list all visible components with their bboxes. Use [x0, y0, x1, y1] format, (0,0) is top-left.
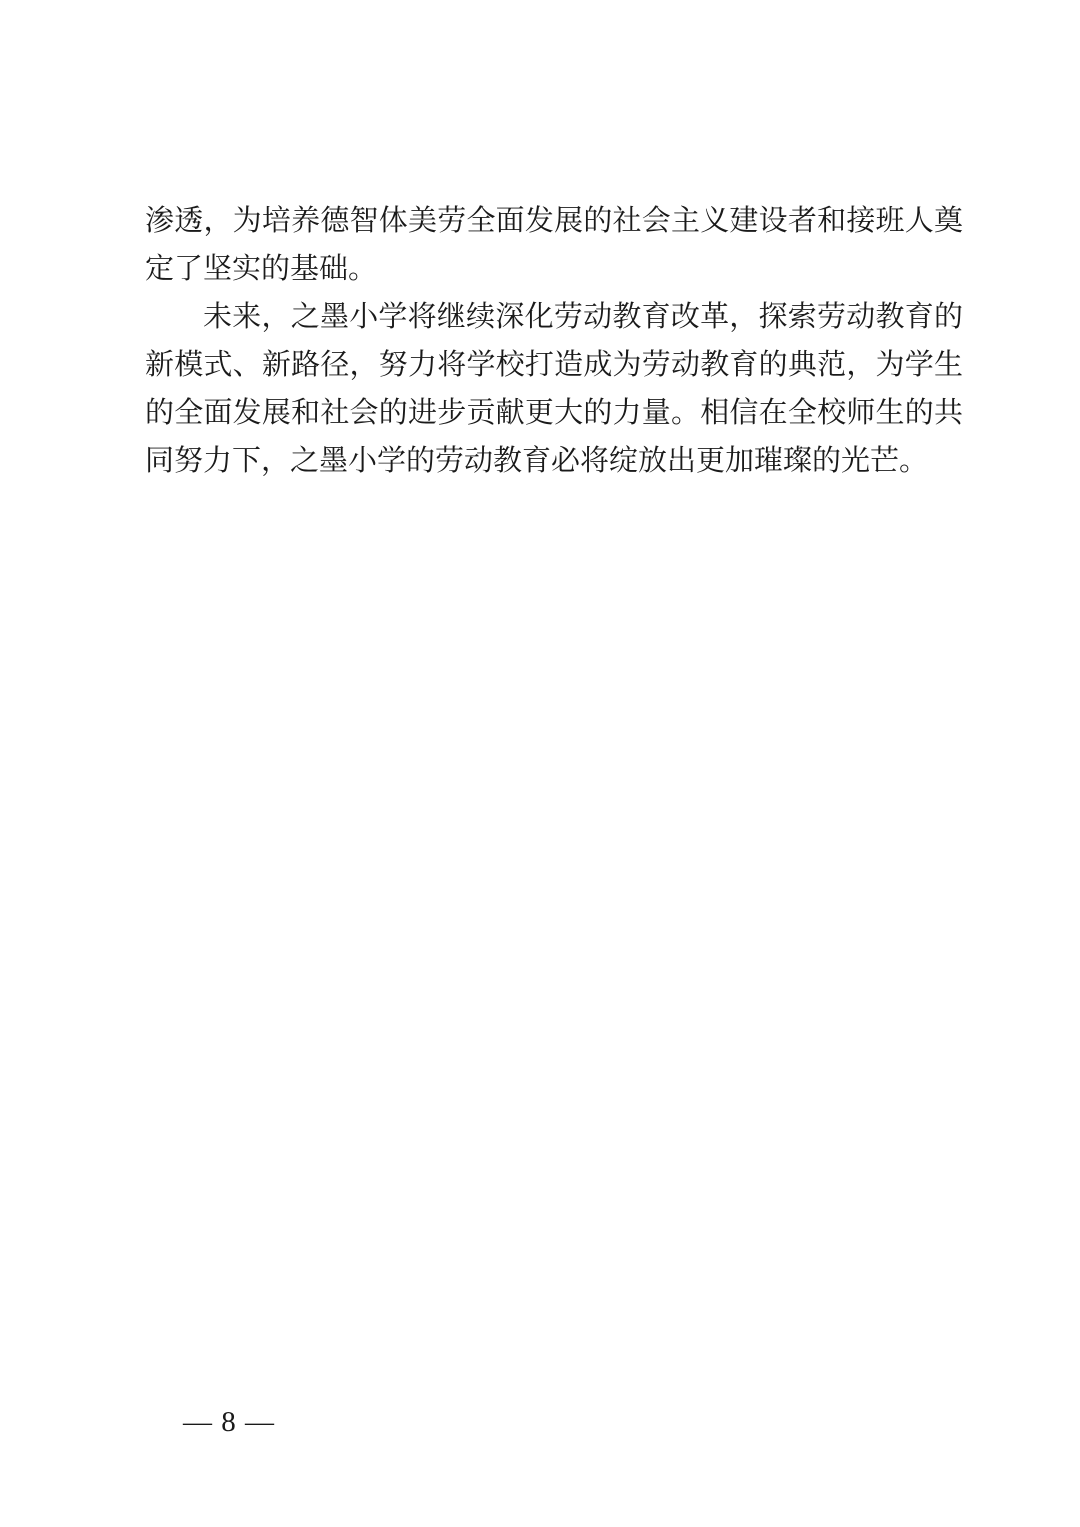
document-page: 渗透，为培养德智体美劳全面发展的社会主义建设者和接班人奠 定了坚实的基础。 未来…	[0, 0, 1080, 1527]
page-number: — 8 —	[183, 1402, 275, 1442]
text-line-1: 渗透，为培养德智体美劳全面发展的社会主义建设者和接班人奠	[145, 197, 963, 245]
text-line-2: 定了坚实的基础。	[145, 245, 963, 293]
text-line-5: 的全面发展和社会的进步贡献更大的力量。相信在全校师生的共	[145, 389, 963, 437]
text-line-4: 新模式、新路径，努力将学校打造成为劳动教育的典范，为学生	[145, 341, 963, 389]
text-line-6: 同努力下，之墨小学的劳动教育必将绽放出更加璀璨的光芒。	[145, 437, 963, 485]
text-line-3: 未来，之墨小学将继续深化劳动教育改革，探索劳动教育的	[145, 293, 963, 341]
document-body: 渗透，为培养德智体美劳全面发展的社会主义建设者和接班人奠 定了坚实的基础。 未来…	[145, 197, 963, 485]
